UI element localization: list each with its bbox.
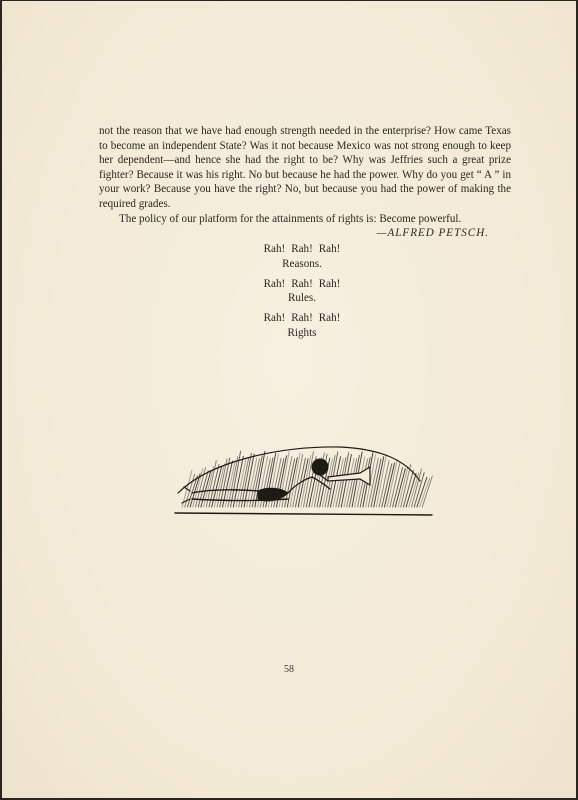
rah: Rah! bbox=[264, 243, 286, 255]
page-number: 58 bbox=[2, 664, 576, 675]
rah: Rah! bbox=[319, 278, 341, 290]
essay-text: not the reason that we have had enough s… bbox=[99, 124, 511, 241]
rah: Rah! bbox=[319, 312, 341, 324]
cheer-stanza: Rah!Rah!Rah! Rights bbox=[202, 311, 402, 341]
paragraph-conclusion: The policy of our platform for the attai… bbox=[99, 212, 511, 227]
boy-lying-in-grass-blowing-horn-icon bbox=[170, 441, 440, 521]
rah: Rah! bbox=[264, 278, 286, 290]
rah: Rah! bbox=[264, 312, 286, 324]
author-signature: —ALFRED PETSCH. bbox=[99, 226, 511, 241]
rah: Rah! bbox=[291, 312, 313, 324]
cheer-word: Rights bbox=[202, 326, 402, 341]
book-page: not the reason that we have had enough s… bbox=[2, 1, 576, 798]
cheer-word: Reasons. bbox=[202, 257, 402, 272]
cheer-stanza: Rah!Rah!Rah! Reasons. bbox=[202, 242, 402, 272]
rah: Rah! bbox=[291, 278, 313, 290]
cheer-word: Rules. bbox=[202, 291, 402, 306]
cheer-stanza: Rah!Rah!Rah! Rules. bbox=[202, 277, 402, 307]
paragraph-body: not the reason that we have had enough s… bbox=[99, 124, 511, 212]
cheer-verse: Rah!Rah!Rah! Reasons. Rah!Rah!Rah! Rules… bbox=[202, 242, 402, 346]
rah: Rah! bbox=[319, 243, 341, 255]
rah: Rah! bbox=[291, 243, 313, 255]
